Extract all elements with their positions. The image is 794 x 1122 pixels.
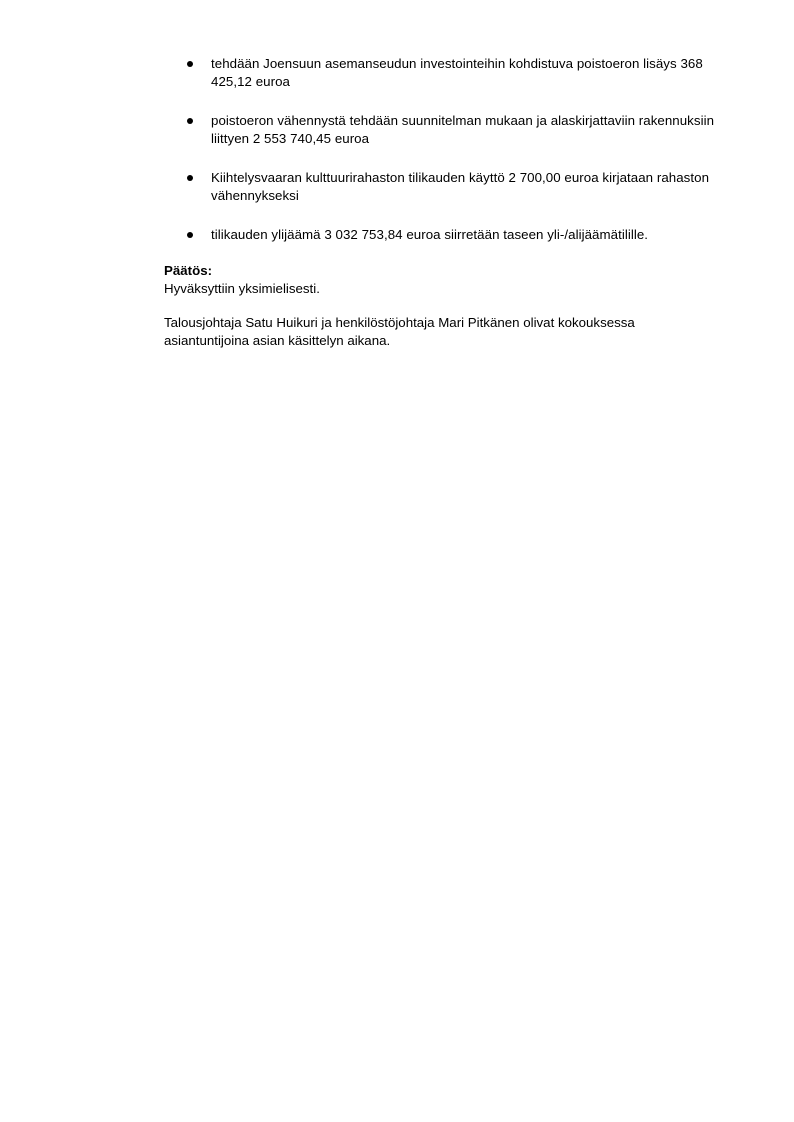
bullet-text: Kiihtelysvaaran kulttuurirahaston tilika… bbox=[211, 170, 709, 203]
bullet-icon bbox=[187, 175, 193, 181]
bullet-item: Kiihtelysvaaran kulttuurirahaston tilika… bbox=[164, 169, 734, 205]
decision-text: Hyväksyttiin yksimielisesti. bbox=[164, 280, 734, 298]
decision-section: Päätös: Hyväksyttiin yksimielisesti. Tal… bbox=[164, 262, 734, 350]
decision-heading: Päätös: bbox=[164, 262, 734, 280]
bullet-item: tehdään Joensuun asemanseudun investoint… bbox=[164, 55, 734, 91]
bullet-text: tilikauden ylijäämä 3 032 753,84 euroa s… bbox=[211, 227, 648, 242]
bullet-item: tilikauden ylijäämä 3 032 753,84 euroa s… bbox=[164, 226, 734, 244]
bullet-icon bbox=[187, 61, 193, 67]
experts-note: Talousjohtaja Satu Huikuri ja henkilöstö… bbox=[164, 314, 704, 350]
document-page: tehdään Joensuun asemanseudun investoint… bbox=[0, 0, 794, 1122]
bullet-icon bbox=[187, 118, 193, 124]
bullet-item: poistoeron vähennystä tehdään suunnitelm… bbox=[164, 112, 734, 148]
bullet-text: tehdään Joensuun asemanseudun investoint… bbox=[211, 56, 703, 89]
bullet-list: tehdään Joensuun asemanseudun investoint… bbox=[164, 55, 734, 244]
bullet-text: poistoeron vähennystä tehdään suunnitelm… bbox=[211, 113, 714, 146]
bullet-icon bbox=[187, 232, 193, 238]
